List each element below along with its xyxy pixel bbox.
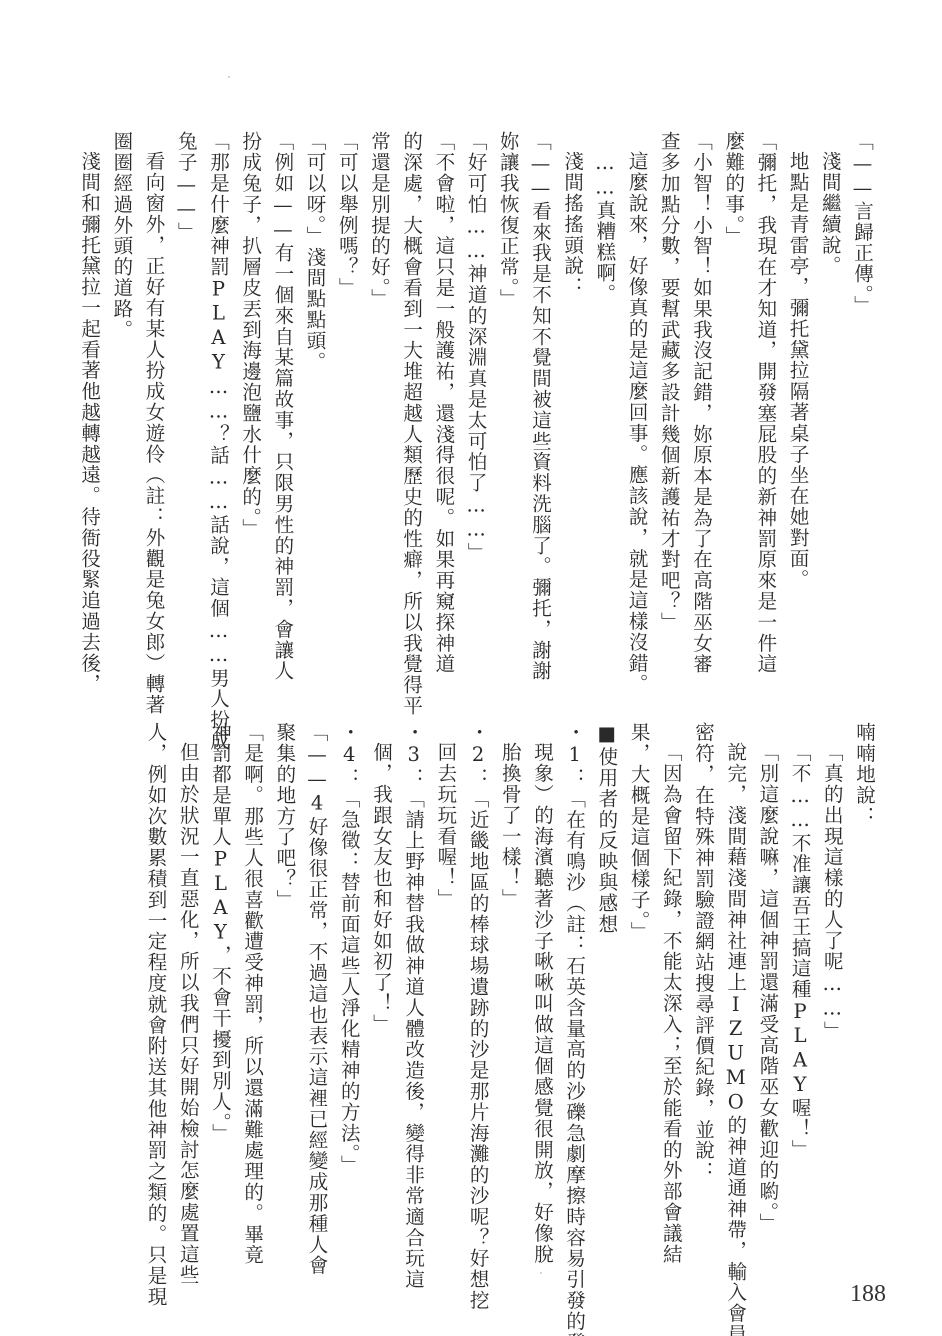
scan-speck — [540, 1272, 542, 1274]
text-line: 「——4好像很正常，不過這也表示這裡已經變成那種人會 — [300, 722, 332, 1217]
text-line: 扮成兔子，扒層皮丟到海邊泡鹽水什麼的。」 — [234, 131, 266, 626]
text-line: 胎換骨了一樣！」 — [494, 722, 526, 1217]
list-item: ・1：「在有鳴沙（註：石英含量高的沙礫急劇摩擦時容易引發的發聲 — [558, 722, 590, 1217]
scan-speck — [228, 76, 230, 78]
text-line: 「不會啦，這只是一般護祐，還淺得很呢。如果再窺探神道 — [427, 131, 459, 626]
text-line: 「——看來我是不知不覺間被這些資料洗腦了。彌托，謝謝 — [524, 131, 556, 626]
text-line: 「好可怕……神道的深淵真是太可怕了……」 — [459, 131, 491, 626]
text-line: 但由於狀況一直惡化，所以我們只好開始檢討怎麼處置這些 — [172, 722, 204, 1217]
text-line: 「例如——有一個來自某篇故事，只限男性的神罰，會讓人 — [266, 131, 298, 626]
text-line: 說完，淺間藉淺間神社連上IZUMO的神道通神帶，輸入會員 — [719, 722, 751, 1217]
book-page: 「——言歸正傳。」 淺間繼續說。 地點是青雷亭，彌托黛拉隔著桌子坐在她對面。 「… — [0, 0, 942, 1336]
bottom-text-column-block: 喃喃地說： 「真的出現這樣的人了呢……」 「不……不准讓吾王搞這種PLAY喔！」… — [139, 722, 880, 1217]
text-line: 麼難的事。」 — [717, 131, 749, 626]
text-line: 密符，在特殊神罰驗證網站搜尋評價紀錄，並說： — [687, 722, 719, 1217]
text-line: 「可以呀。」淺間點點頭。 — [298, 131, 330, 626]
text-line: 「不……不准讓吾王搞這種PLAY喔！」 — [783, 722, 815, 1217]
text-line: 兔子——」 — [170, 131, 202, 626]
text-line: 「是啊。那些人很喜歡遭受神罰，所以還滿難處理的。畢竟 — [236, 722, 268, 1217]
text-line: 「可以舉例嗎？」 — [331, 131, 363, 626]
list-item: ・2：「近畿地區的棒球場遺跡的沙是那片海灘的沙呢？好想挖 — [461, 722, 493, 1217]
text-line: 現象）的海濱聽著沙子啾啾叫做這個感覺很開放，好像脫 — [526, 722, 558, 1217]
text-line: 「別這麼說嘛，這個神罰還滿受高階巫女歡迎的喲。」 — [751, 722, 783, 1217]
text-line: 「那是什麼神罰PLAY……？話……話說，這個……男人扮成 — [202, 131, 234, 626]
text-line: 淺間繼續說。 — [814, 131, 846, 626]
text-line: 聚集的地方了吧？」 — [268, 722, 300, 1217]
top-text-column-block: 「——言歸正傳。」 淺間繼續說。 地點是青雷亭，彌托黛拉隔著桌子坐在她對面。 「… — [73, 131, 878, 626]
text-line: 的深處，大概會看到一大堆超越人類歷史的性癖，所以我覺得平 — [395, 131, 427, 626]
text-line: 喃喃地說： — [848, 722, 880, 1217]
section-heading: ■使用者的反映與感想 — [590, 722, 622, 1217]
text-line: 「真的出現這樣的人了呢……」 — [816, 722, 848, 1217]
text-line: 地點是青雷亭，彌托黛拉隔著桌子坐在她對面。 — [781, 131, 813, 626]
text-line: 「彌托，我現在才知道，開發塞屁股的新神罰原來是一件這 — [749, 131, 781, 626]
text-line: 這麼說來，好像真的是這麼回事。應該說，就是這樣沒錯。 — [620, 131, 652, 626]
text-line: 「小智！小智！如果我沒記錯，妳原本是為了在高階巫女審 — [685, 131, 717, 626]
text-line: 看向窗外，正好有某人扮成女遊伶（註：外觀是兔女郎）轉著 — [137, 131, 169, 626]
text-line: 個，我跟女友也和好如初了！」 — [365, 722, 397, 1217]
text-line: 查多加點分數，要幫武藏多設計幾個新護祐才對吧？」 — [653, 131, 685, 626]
text-line: ……真糟糕啊。 — [588, 131, 620, 626]
text-line: 神罰都是單人PLAY，不會干擾到別人。」 — [204, 722, 236, 1217]
list-item: ・3：「請上野神替我做神道人體改造後，變得非常適合玩這 — [397, 722, 429, 1217]
text-line: 果，大概是這個樣子。」 — [622, 722, 654, 1217]
text-line: 妳讓我恢復正常。」 — [492, 131, 524, 626]
text-line: 淺間和彌托黛拉一起看著他越轉越遠。待衙役緊追過去後， — [73, 131, 105, 626]
text-line: 常還是別提的好。」 — [363, 131, 395, 626]
text-line: 「因為會留下紀錄，不能太深入；至於能看的外部會議結 — [655, 722, 687, 1217]
text-line: 「——言歸正傳。」 — [846, 131, 878, 626]
text-line: 圈圈經過外頭的道路。 — [105, 131, 137, 626]
list-item: ・4：「急徵：替前面這些人淨化精神的方法。」 — [333, 722, 365, 1217]
page-number: 188 — [850, 1281, 886, 1308]
text-line: 回去玩玩看喔！」 — [429, 722, 461, 1217]
text-line: 人，例如次數累積到一定程度就會附送其他神罰之類的。只是現 — [139, 722, 171, 1217]
text-line: 淺間搖搖頭說： — [556, 131, 588, 626]
